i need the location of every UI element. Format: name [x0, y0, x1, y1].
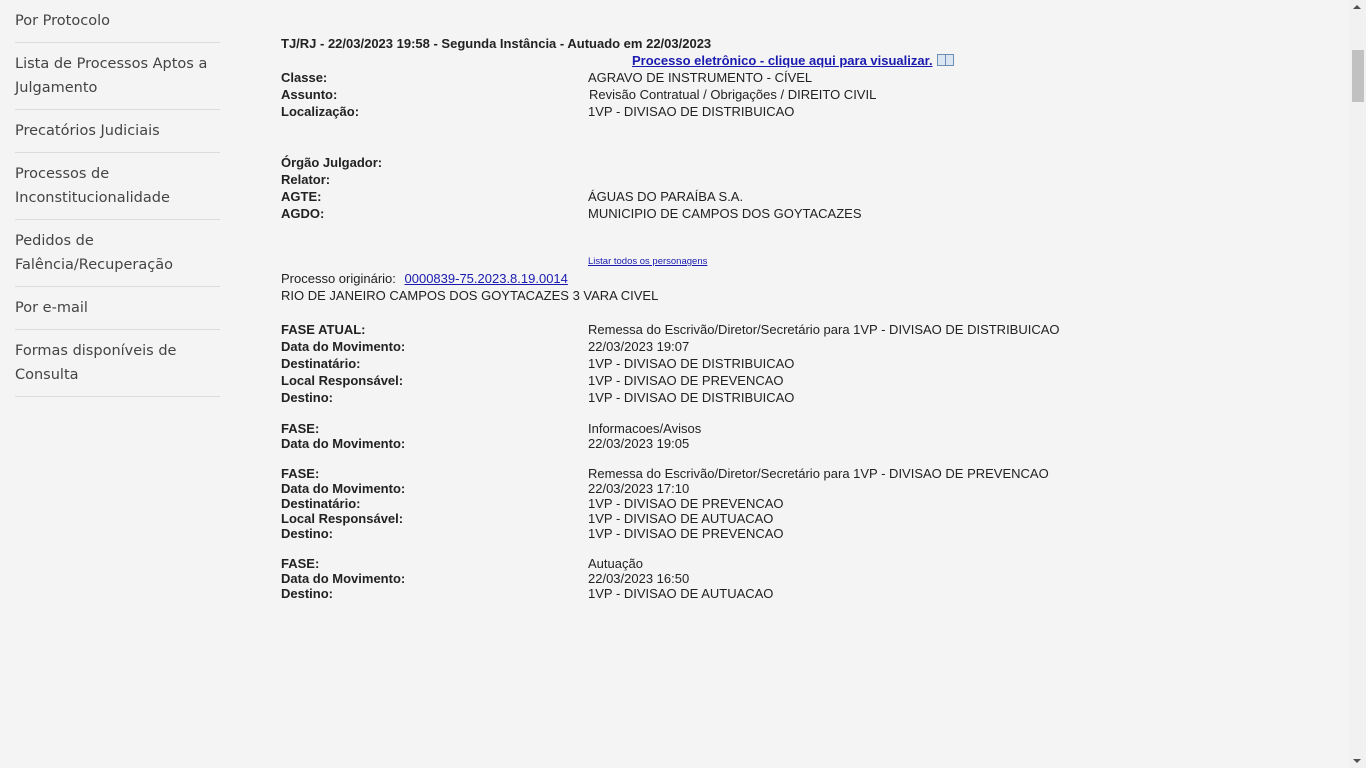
- phase-label: Destinatário:: [281, 496, 588, 511]
- party-row: AGTE: ÁGUAS DO PARAÍBA S.A.: [281, 188, 1060, 205]
- electronic-process-link[interactable]: Processo eletrônico - clique aqui para v…: [632, 53, 933, 68]
- party-label: AGTE:: [281, 188, 588, 205]
- book-icon[interactable]: [937, 54, 954, 66]
- party-label: Relator:: [281, 171, 588, 188]
- phase-value: 1VP - DIVISAO DE DISTRIBUICAO: [588, 389, 794, 406]
- electronic-process-row: Processo eletrônico - clique aqui para v…: [281, 52, 1060, 69]
- phase-row: Data do Movimento:22/03/2023 17:10: [281, 481, 1060, 496]
- phase-label: Destinatário:: [281, 355, 588, 372]
- process-header: TJ/RJ - 22/03/2023 19:58 - Segunda Instâ…: [281, 35, 1060, 52]
- phase-label: Destino:: [281, 586, 588, 601]
- field-label: Localização:: [281, 103, 588, 120]
- sidebar-item-por-protocolo[interactable]: Por Protocolo: [15, 0, 220, 43]
- phase-label: Data do Movimento:: [281, 338, 588, 355]
- sidebar-nav: Por Nome / Assunto / Origem Por Protocol…: [15, 0, 220, 397]
- party-row: AGDO: MUNICIPIO DE CAMPOS DOS GOYTACAZES: [281, 205, 1060, 222]
- sidebar-item-inconstitucionalidade[interactable]: Processos de Inconstitucionalidade: [15, 153, 220, 220]
- phase-label: Data do Movimento:: [281, 571, 588, 586]
- phase-value: 22/03/2023 17:10: [588, 481, 689, 496]
- phase-row: Destino:1VP - DIVISAO DE AUTUACAO: [281, 586, 1060, 601]
- phase-value: 22/03/2023 19:05: [588, 436, 689, 451]
- origin-process-link[interactable]: 0000839-75.2023.8.19.0014: [405, 271, 568, 286]
- phase-value: 22/03/2023 16:50: [588, 571, 689, 586]
- scrollbar-thumb[interactable]: [1352, 50, 1364, 102]
- party-label: AGDO:: [281, 205, 588, 222]
- phase-value: 1VP - DIVISAO DE DISTRIBUICAO: [588, 355, 794, 372]
- phase-label: FASE:: [281, 421, 588, 436]
- phase-label: Data do Movimento:: [281, 481, 588, 496]
- field-row: Classe: AGRAVO DE INSTRUMENTO - CÍVEL: [281, 69, 1060, 86]
- phase-value: Informacoes/Avisos: [588, 421, 701, 436]
- phase-row: Destino:1VP - DIVISAO DE PREVENCAO: [281, 526, 1060, 541]
- phase-value: Remessa do Escrivão/Diretor/Secretário p…: [588, 321, 1060, 338]
- party-row: Órgão Julgador:: [281, 154, 1060, 171]
- sidebar-item-precatorios[interactable]: Precatórios Judiciais: [15, 110, 220, 153]
- field-row: Localização: 1VP - DIVISAO DE DISTRIBUIC…: [281, 103, 1060, 120]
- party-row: Relator:: [281, 171, 1060, 188]
- phase-row: FASE:Informacoes/Avisos: [281, 421, 1060, 436]
- phase-block: FASE:Remessa do Escrivão/Diretor/Secretá…: [281, 466, 1060, 541]
- party-value: MUNICIPIO DE CAMPOS DOS GOYTACAZES: [588, 205, 862, 222]
- field-row: Assunto: Revisão Contratual / Obrigações…: [281, 86, 1060, 103]
- phase-label: Data do Movimento:: [281, 436, 588, 451]
- origin-process: Processo originário: 0000839-75.2023.8.1…: [281, 270, 1060, 287]
- phase-value: 22/03/2023 19:07: [588, 338, 689, 355]
- phase-row: Data do Movimento:22/03/2023 16:50: [281, 571, 1060, 586]
- phase-row: Destino:1VP - DIVISAO DE DISTRIBUICAO: [281, 389, 1060, 406]
- phase-row: Destinatário:1VP - DIVISAO DE PREVENCAO: [281, 496, 1060, 511]
- field-value: AGRAVO DE INSTRUMENTO - CÍVEL: [588, 69, 812, 86]
- phase-block: FASE:Autuação Data do Movimento:22/03/20…: [281, 556, 1060, 601]
- party-value: ÁGUAS DO PARAÍBA S.A.: [588, 188, 743, 205]
- list-characters-link[interactable]: Listar todos os personagens: [281, 254, 1060, 270]
- arrow-up-icon[interactable]: [1353, 5, 1361, 9]
- phase-row: FASE ATUAL:Remessa do Escrivão/Diretor/S…: [281, 321, 1060, 338]
- phase-value: 1VP - DIVISAO DE AUTUACAO: [588, 586, 773, 601]
- phase-row: Local Responsável:1VP - DIVISAO DE AUTUA…: [281, 511, 1060, 526]
- sidebar-item-por-email[interactable]: Por e-mail: [15, 287, 220, 330]
- phase-block: FASE ATUAL:Remessa do Escrivão/Diretor/S…: [281, 321, 1060, 406]
- phase-value: 1VP - DIVISAO DE AUTUACAO: [588, 511, 773, 526]
- party-label: Órgão Julgador:: [281, 154, 588, 171]
- phase-row: FASE:Autuação: [281, 556, 1060, 571]
- vertical-scrollbar[interactable]: [1349, 0, 1366, 768]
- phase-label: Local Responsável:: [281, 511, 588, 526]
- field-value: 1VP - DIVISAO DE DISTRIBUICAO: [588, 103, 794, 120]
- phase-row: Local Responsável:1VP - DIVISAO DE PREVE…: [281, 372, 1060, 389]
- sidebar-item-formas-consulta[interactable]: Formas disponíveis de Consulta: [15, 330, 220, 397]
- phase-value: 1VP - DIVISAO DE PREVENCAO: [588, 372, 784, 389]
- phase-label: Local Responsável:: [281, 372, 588, 389]
- field-value: Revisão Contratual / Obrigações / DIREIT…: [589, 86, 876, 103]
- phase-label: FASE:: [281, 556, 588, 571]
- phase-label: FASE ATUAL:: [281, 321, 588, 338]
- phase-row: Destinatário:1VP - DIVISAO DE DISTRIBUIC…: [281, 355, 1060, 372]
- phase-block: FASE:Informacoes/Avisos Data do Moviment…: [281, 421, 1060, 451]
- phase-label: Destino:: [281, 389, 588, 406]
- phase-value: Remessa do Escrivão/Diretor/Secretário p…: [588, 466, 1049, 481]
- origin-court: RIO DE JANEIRO CAMPOS DOS GOYTACAZES 3 V…: [281, 287, 1060, 304]
- arrow-down-icon[interactable]: [1353, 759, 1361, 763]
- phase-row: Data do Movimento:22/03/2023 19:07: [281, 338, 1060, 355]
- sidebar-item-falencia[interactable]: Pedidos de Falência/Recuperação: [15, 220, 220, 287]
- phase-value: 1VP - DIVISAO DE PREVENCAO: [588, 496, 784, 511]
- field-label: Classe:: [281, 69, 588, 86]
- process-details: TJ/RJ - 22/03/2023 19:58 - Segunda Instâ…: [281, 35, 1060, 601]
- sidebar-item-processos-aptos[interactable]: Lista de Processos Aptos a Julgamento: [15, 43, 220, 110]
- phase-label: FASE:: [281, 466, 588, 481]
- phase-value: Autuação: [588, 556, 643, 571]
- phase-row: FASE:Remessa do Escrivão/Diretor/Secretá…: [281, 466, 1060, 481]
- phase-value: 1VP - DIVISAO DE PREVENCAO: [588, 526, 784, 541]
- phase-row: Data do Movimento:22/03/2023 19:05: [281, 436, 1060, 451]
- origin-label: Processo originário:: [281, 271, 396, 286]
- field-label: Assunto:: [281, 86, 588, 103]
- phase-label: Destino:: [281, 526, 588, 541]
